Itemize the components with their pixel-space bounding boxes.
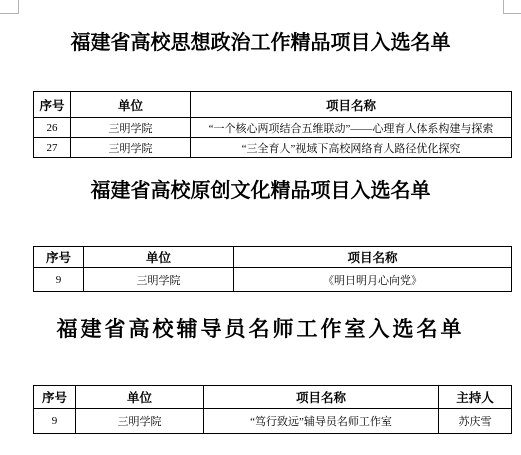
header-unit: 单位 [84,247,234,268]
table-row: 27 三明学院 “三全育人”视域下高校网络育人路径优化探究 [34,138,512,158]
table-row: 26 三明学院 “一个核心两项结合五维联动”——心理育人体系构建与探索 [34,118,512,138]
header-project-name: 项目名称 [204,386,439,409]
cell-host: 苏庆雪 [439,409,512,434]
header-serial-number: 序号 [34,386,76,409]
page-corner-mark-right [503,0,521,14]
cell-project-name: “一个核心两项结合五维联动”——心理育人体系构建与探索 [191,118,512,138]
cell-unit: 三明学院 [71,118,191,138]
table-row: 9 三明学院 “笃行致远”辅导员名师工作室 苏庆雪 [34,409,512,434]
cell-project-name: “三全育人”视域下高校网络育人路径优化探究 [191,138,512,158]
table-header-row: 序号 单位 项目名称 [34,92,512,118]
cell-unit: 三明学院 [76,409,204,434]
section3-table: 序号 单位 项目名称 主持人 9 三明学院 “笃行致远”辅导员名师工作室 苏庆雪 [33,385,512,434]
section3-title: 福建省高校辅导员名师工作室入选名单 [0,317,521,341]
document-page: 福建省高校思想政治工作精品项目入选名单 序号 单位 项目名称 26 三明学院 “… [0,0,521,455]
header-host: 主持人 [439,386,512,409]
header-unit: 单位 [76,386,204,409]
cell-unit: 三明学院 [71,138,191,158]
cell-serial-number: 27 [34,138,71,158]
cell-unit: 三明学院 [84,268,234,292]
header-unit: 单位 [71,92,191,118]
header-project-name: 项目名称 [191,92,512,118]
section2-title: 福建省高校原创文化精品项目入选名单 [0,179,521,203]
section1-title: 福建省高校思想政治工作精品项目入选名单 [0,31,521,55]
cell-serial-number: 26 [34,118,71,138]
section1-table: 序号 单位 项目名称 26 三明学院 “一个核心两项结合五维联动”——心理育人体… [33,91,512,158]
cell-project-name: 《明日明月心向党》 [234,268,512,292]
table-header-row: 序号 单位 项目名称 [34,247,512,268]
table-row: 9 三明学院 《明日明月心向党》 [34,268,512,292]
header-serial-number: 序号 [34,92,71,118]
page-corner-mark-left [0,0,19,14]
section2-table: 序号 单位 项目名称 9 三明学院 《明日明月心向党》 [33,246,512,292]
cell-project-name: “笃行致远”辅导员名师工作室 [204,409,439,434]
header-serial-number: 序号 [34,247,84,268]
header-project-name: 项目名称 [234,247,512,268]
table-header-row: 序号 单位 项目名称 主持人 [34,386,512,409]
cell-serial-number: 9 [34,268,84,292]
cell-serial-number: 9 [34,409,76,434]
